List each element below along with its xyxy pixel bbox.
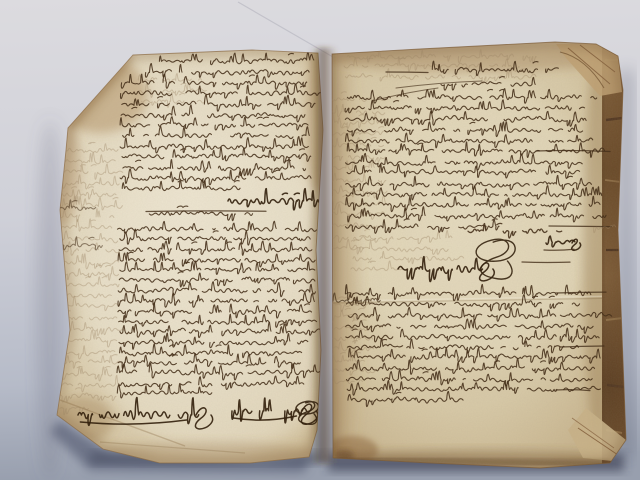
manuscript-photo xyxy=(0,0,640,480)
photo-backdrop xyxy=(0,0,640,480)
rp-date-dash xyxy=(386,72,428,73)
book-gutter-shadow xyxy=(311,48,337,463)
rp-filler-rule-2 xyxy=(549,226,611,227)
manuscript-right-page xyxy=(315,38,630,473)
